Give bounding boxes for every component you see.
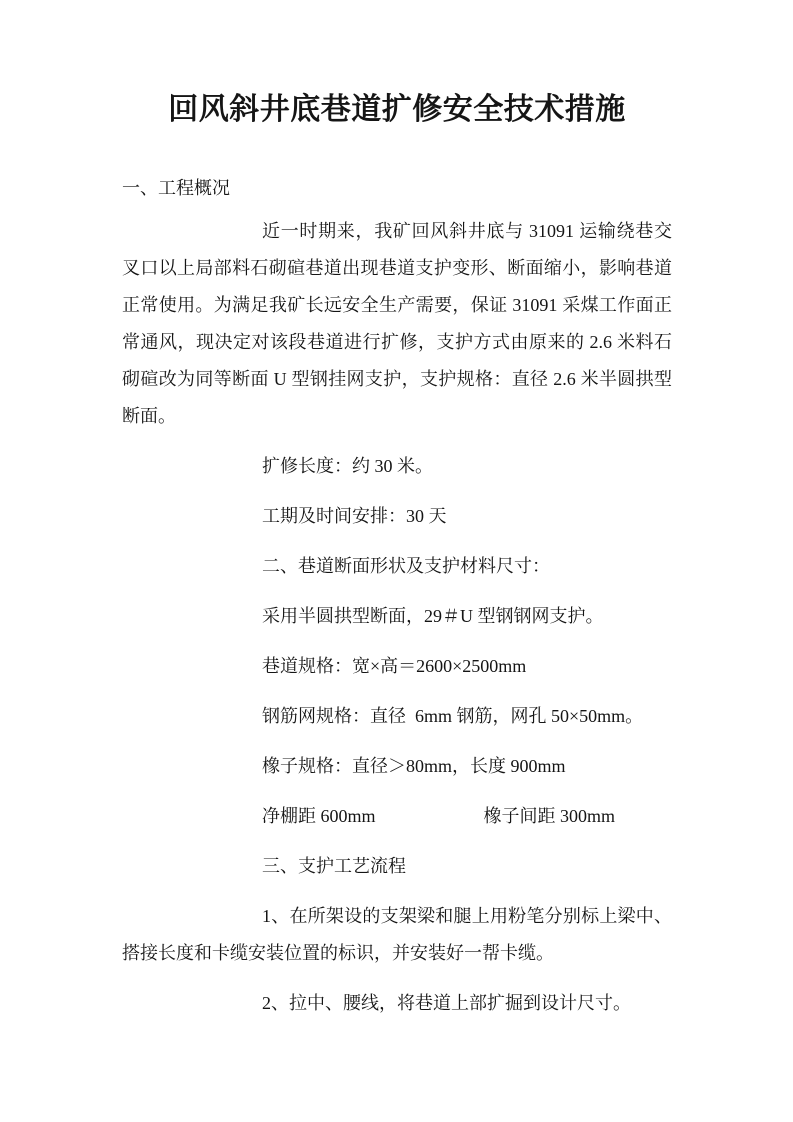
section-heading-overview: 一、工程概况	[122, 170, 672, 207]
line-rafter-spec: 橡子规格：直径＞80mm，长度 900mm	[122, 748, 672, 785]
section-heading-process: 三、支护工艺流程	[122, 848, 672, 885]
line-spacing-specs: 净棚距 600mm 橡子间距 300mm	[122, 798, 672, 835]
document-title: 回风斜井底巷道扩修安全技术措施	[122, 88, 672, 132]
process-step-1: 1、在所架设的支架梁和腿上用粉笔分别标上梁中、搭接长度和卡缆安装位置的标识，并安…	[122, 898, 672, 972]
line-expansion-length: 扩修长度：约 30 米。	[122, 448, 672, 485]
line-schedule: 工期及时间安排：30 天	[122, 498, 672, 535]
document-page: 回风斜井底巷道扩修安全技术措施 一、工程概况 近一时期来，我矿回风斜井底与 31…	[0, 0, 793, 1122]
paragraph-overview: 近一时期来，我矿回风斜井底与 31091 运输绕巷交叉口以上局部料石砌碹巷道出现…	[122, 213, 672, 435]
line-roadway-spec: 巷道规格：宽×高＝2600×2500mm	[122, 648, 672, 685]
line-section-shape: 采用半圆拱型断面，29＃U 型钢钢网支护。	[122, 598, 672, 635]
section-heading-cross-section: 二、巷道断面形状及支护材料尺寸：	[122, 548, 672, 585]
line-rebar-mesh-spec: 钢筋网规格：直径 6mm 钢筋，网孔 50×50mm。	[122, 698, 672, 735]
process-step-2: 2、拉中、腰线，将巷道上部扩掘到设计尺寸。	[122, 985, 672, 1022]
